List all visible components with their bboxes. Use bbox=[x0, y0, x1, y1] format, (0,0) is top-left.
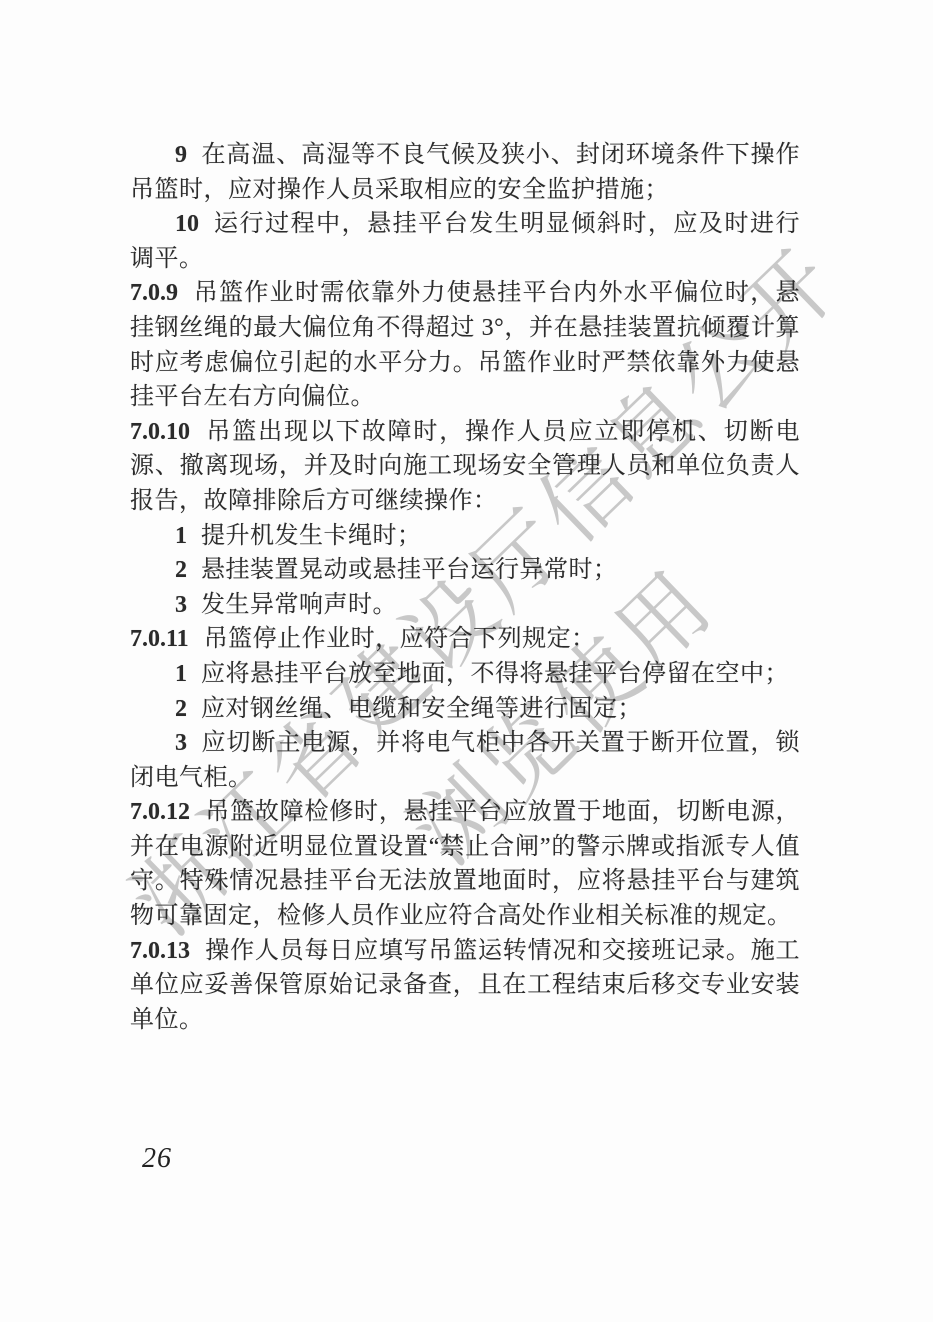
document-body: 9在高温、高湿等不良气候及狭小、封闭环境条件下操作吊篮时，应对操作人员采取相应的… bbox=[130, 138, 800, 1037]
paragraph-text: 运行过程中，悬挂平台发生明显倾斜时，应及时进行调平。 bbox=[130, 211, 800, 272]
list-item-paragraph: 3应切断主电源，并将电气柜中各开关置于断开位置，锁闭电气柜。 bbox=[130, 726, 800, 795]
paragraph-text: 应切断主电源，并将电气柜中各开关置于断开位置，锁闭电气柜。 bbox=[130, 730, 800, 791]
list-item-paragraph: 1应将悬挂平台放至地面，不得将悬挂平台停留在空中； bbox=[130, 657, 800, 692]
paragraph-number: 3 bbox=[175, 592, 187, 618]
paragraph-text: 吊篮出现以下故障时，操作人员应立即停机、切断电源、撤离现场，并及时向施工现场安全… bbox=[130, 419, 800, 514]
page-container: 浙江省建设厅信息公开浏览使用 9在高温、高湿等不良气候及狭小、封闭环境条件下操作… bbox=[0, 0, 933, 1322]
paragraph-text: 悬挂装置晃动或悬挂平台运行异常时； bbox=[201, 557, 618, 583]
clause-paragraph: 7.0.13操作人员每日应填写吊篮运转情况和交接班记录。施工单位应妥善保管原始记… bbox=[130, 934, 800, 1038]
paragraph-number: 2 bbox=[175, 696, 187, 722]
clause-paragraph: 7.0.10吊篮出现以下故障时，操作人员应立即停机、切断电源、撤离现场，并及时向… bbox=[130, 415, 800, 519]
paragraph-text: 在高温、高湿等不良气候及狭小、封闭环境条件下操作吊篮时，应对操作人员采取相应的安… bbox=[130, 142, 800, 203]
list-item-paragraph: 2悬挂装置晃动或悬挂平台运行异常时； bbox=[130, 553, 800, 588]
list-item-paragraph: 2应对钢丝绳、电缆和安全绳等进行固定； bbox=[130, 692, 800, 727]
paragraph-text: 吊篮停止作业时，应符合下列规定： bbox=[204, 626, 596, 652]
clause-paragraph: 7.0.11吊篮停止作业时，应符合下列规定： bbox=[130, 622, 800, 657]
paragraph-text: 应将悬挂平台放至地面，不得将悬挂平台停留在空中； bbox=[201, 661, 789, 687]
paragraph-text: 吊篮作业时需依靠外力使悬挂平台内外水平偏位时，悬挂钢丝绳的最大偏位角不得超过 3… bbox=[130, 280, 800, 410]
page-number: 26 bbox=[142, 1143, 172, 1175]
paragraph-number: 1 bbox=[175, 661, 187, 687]
paragraph-number: 7.0.11 bbox=[130, 626, 189, 652]
paragraph-number: 9 bbox=[175, 142, 187, 168]
paragraph-text: 操作人员每日应填写吊篮运转情况和交接班记录。施工单位应妥善保管原始记录备查，且在… bbox=[130, 938, 800, 1033]
paragraph-number: 2 bbox=[175, 557, 187, 583]
paragraph-number: 3 bbox=[175, 730, 187, 756]
list-item-paragraph: 3发生异常响声时。 bbox=[130, 588, 800, 623]
paragraph-number: 7.0.12 bbox=[130, 799, 190, 825]
paragraph-text: 应对钢丝绳、电缆和安全绳等进行固定； bbox=[201, 696, 642, 722]
paragraph-number: 1 bbox=[175, 523, 187, 549]
paragraph-number: 7.0.13 bbox=[130, 938, 190, 964]
list-item-paragraph: 1提升机发生卡绳时； bbox=[130, 519, 800, 554]
clause-paragraph: 7.0.9吊篮作业时需依靠外力使悬挂平台内外水平偏位时，悬挂钢丝绳的最大偏位角不… bbox=[130, 276, 800, 414]
paragraph-text: 吊篮故障检修时，悬挂平台应放置于地面，切断电源，并在电源附近明显位置设置“禁止合… bbox=[130, 799, 800, 929]
paragraph-number: 7.0.10 bbox=[130, 419, 190, 445]
paragraph-number: 7.0.9 bbox=[130, 280, 178, 306]
clause-paragraph: 7.0.12吊篮故障检修时，悬挂平台应放置于地面，切断电源，并在电源附近明显位置… bbox=[130, 795, 800, 933]
paragraph-text: 提升机发生卡绳时； bbox=[201, 523, 422, 549]
list-item-paragraph: 9在高温、高湿等不良气候及狭小、封闭环境条件下操作吊篮时，应对操作人员采取相应的… bbox=[130, 138, 800, 207]
paragraph-text: 发生异常响声时。 bbox=[201, 592, 397, 618]
paragraph-number: 10 bbox=[175, 211, 199, 237]
list-item-paragraph: 10运行过程中，悬挂平台发生明显倾斜时，应及时进行调平。 bbox=[130, 207, 800, 276]
